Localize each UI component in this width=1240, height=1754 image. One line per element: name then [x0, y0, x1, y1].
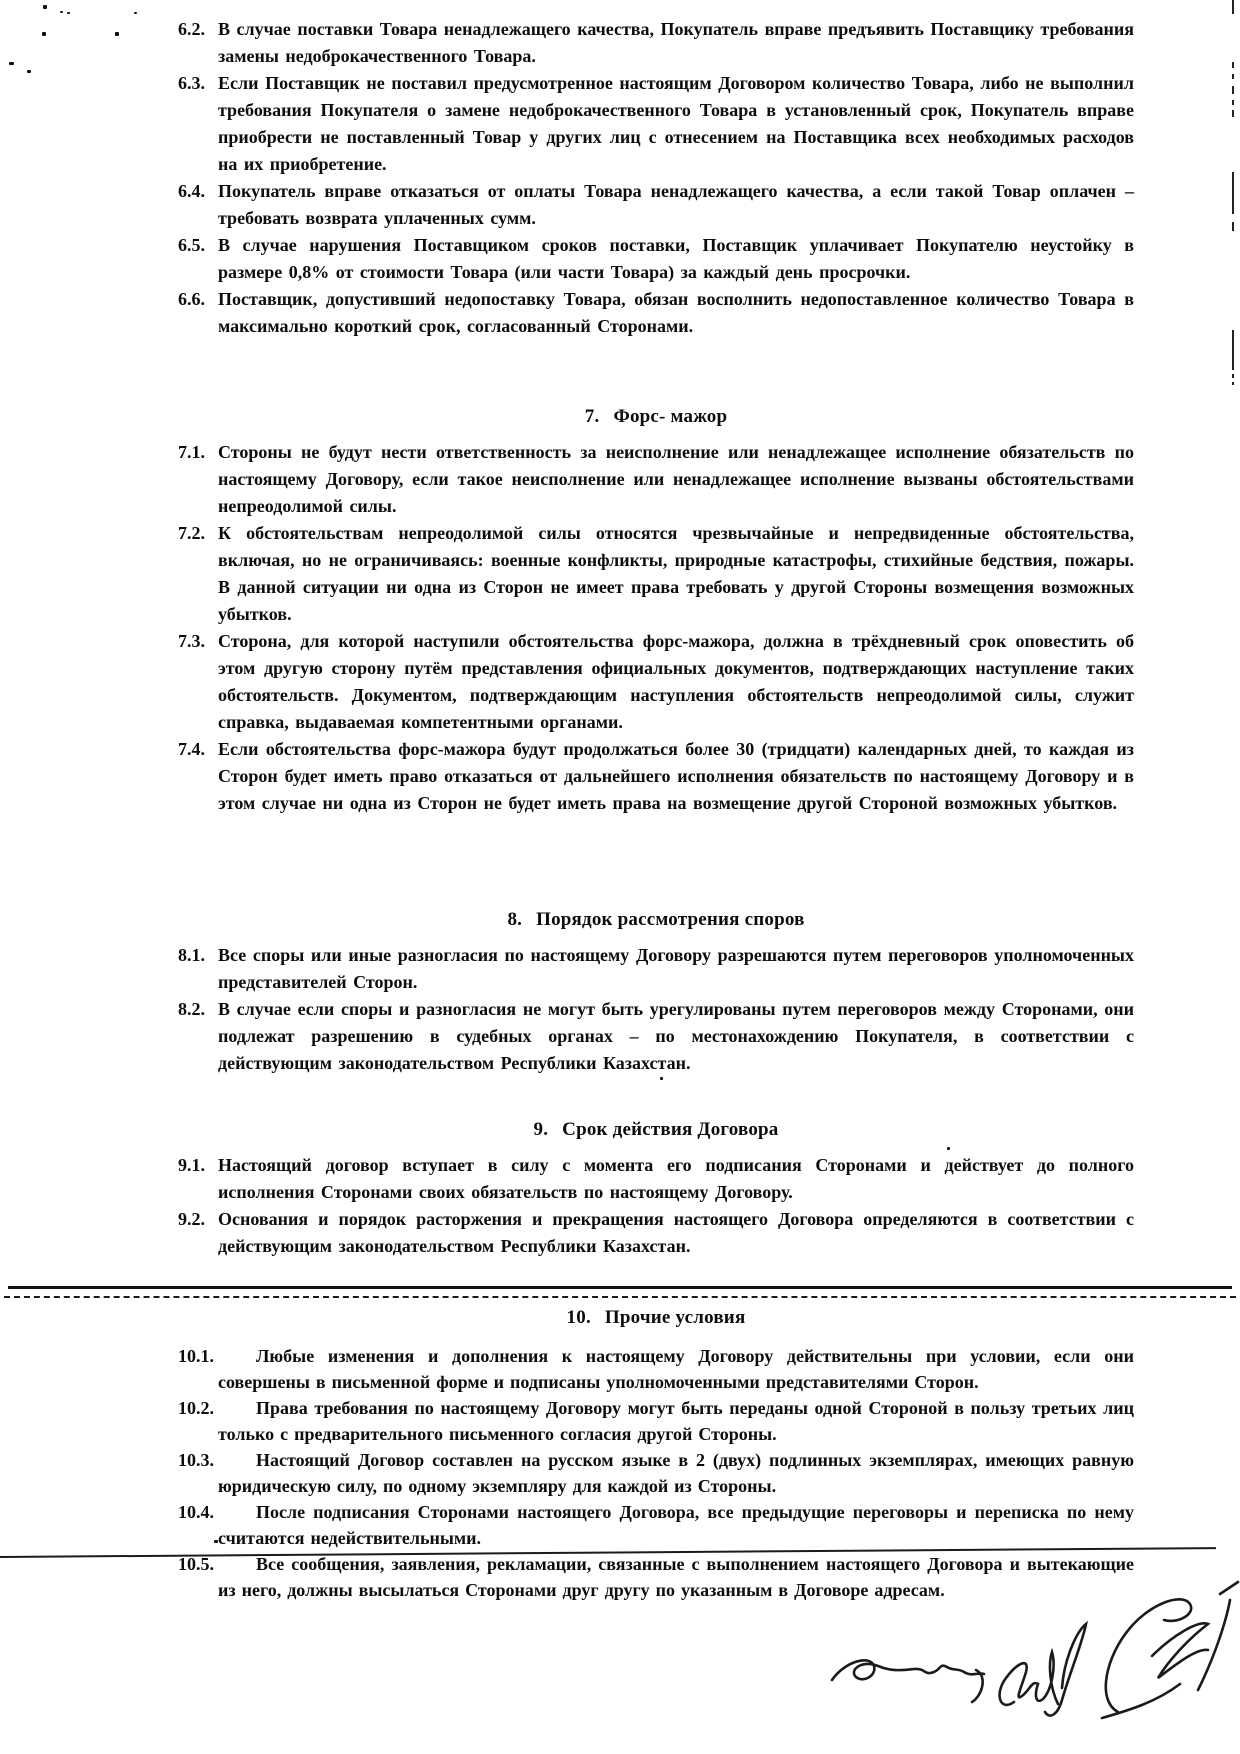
clause-number: 10.4.	[178, 1499, 256, 1525]
clause-text: Любые изменения и дополнения к настоящем…	[218, 1346, 1134, 1392]
clause-text: Основания и порядок расторжения и прекра…	[218, 1209, 1134, 1256]
section-number: 7.	[585, 406, 600, 427]
section-7: 7.Форс- мажор7.1.Стороны не будут нести …	[178, 403, 1134, 817]
scan-speck	[134, 12, 137, 14]
section-number: 10.	[567, 1307, 591, 1328]
clause-text: К обстоятельствам непреодолимой силы отн…	[218, 523, 1134, 624]
scan-speck	[9, 62, 14, 65]
clause-text: В случае если споры и разногласия не мог…	[218, 999, 1134, 1073]
scan-speck	[115, 32, 119, 36]
clause-text: Сторона, для которой наступили обстоятел…	[218, 631, 1134, 732]
clause-text: Поставщик, допустивший недопоставку Това…	[218, 289, 1134, 336]
clause-number: 6.5.	[178, 232, 218, 259]
section-9-heading: 9.Срок действия Договора	[178, 1116, 1134, 1143]
clause-number: 8.1.	[178, 942, 218, 969]
signatures-group	[800, 1560, 1240, 1745]
handwritten-signature-3	[1102, 1582, 1238, 1718]
clause-6-6: 6.6.Поставщик, допустивший недопоставку …	[178, 286, 1134, 340]
clause-number: 6.3.	[178, 70, 218, 97]
clause-text: Если Поставщик не поставил предусмотренн…	[218, 73, 1134, 174]
clause-number: 7.1.	[178, 439, 218, 466]
scan-speck	[27, 70, 31, 73]
clause-number: 7.3.	[178, 628, 218, 655]
section-divider-line	[8, 1286, 1232, 1289]
scan-speck	[42, 32, 46, 36]
scan-edge-line	[1232, 86, 1234, 94]
clause-6-3: 6.3.Если Поставщик не поставил предусмот…	[178, 70, 1134, 178]
clause-6-4: 6.4.Покупатель вправе отказаться от опла…	[178, 178, 1134, 232]
clause-number: 6.4.	[178, 178, 218, 205]
scan-edge-line	[1232, 222, 1234, 231]
clause-8-1: 8.1.Все споры или иные разногласия по на…	[178, 942, 1134, 996]
clause-text: Права требования по настоящему Договору …	[218, 1398, 1134, 1444]
clause-number: 9.1.	[178, 1152, 218, 1179]
scan-speck	[60, 11, 63, 13]
clause-text: После подписания Сторонами настоящего До…	[218, 1502, 1134, 1548]
clause-number: 10.2.	[178, 1395, 256, 1421]
clause-number: 8.2.	[178, 996, 218, 1023]
clause-7-4: 7.4.Если обстоятельства форс-мажора буду…	[178, 736, 1134, 817]
clause-number: 6.2.	[178, 16, 218, 43]
clause-text: Стороны не будут нести ответственность з…	[218, 442, 1134, 516]
section-title: Прочие условия	[605, 1307, 746, 1328]
section-8-heading: 8.Порядок рассмотрения споров	[178, 906, 1134, 933]
clause-number: 9.2.	[178, 1206, 218, 1233]
clause-7-3: 7.3.Сторона, для которой наступили обсто…	[178, 628, 1134, 736]
clause-number: 6.6.	[178, 286, 218, 313]
clause-text: В случае поставки Товара ненадлежащего к…	[218, 19, 1134, 66]
scan-edge-line	[1232, 330, 1234, 370]
section-title: Порядок рассмотрения споров	[536, 909, 804, 930]
clause-7-2: 7.2.К обстоятельствам непреодолимой силы…	[178, 520, 1134, 628]
clause-10-4: 10.4.После подписания Сторонами настояще…	[178, 1499, 1134, 1551]
clause-10-1: 10.1.Любые изменения и дополнения к наст…	[178, 1343, 1134, 1395]
clause-9-1: 9.1.Настоящий договор вступает в силу с …	[178, 1152, 1134, 1206]
clause-10-3: 10.3.Настоящий Договор составлен на русс…	[178, 1447, 1134, 1499]
section-number: 9.	[534, 1119, 549, 1140]
clause-number: 10.3.	[178, 1447, 256, 1473]
clause-text: Все споры или иные разногласия по настоя…	[218, 945, 1134, 992]
clause-text: Настоящий договор вступает в силу с моме…	[218, 1155, 1134, 1202]
scan-edge-line	[1232, 172, 1234, 214]
clause-8-2: 8.2.В случае если споры и разногласия не…	[178, 996, 1134, 1077]
section-divider-dashed-line	[4, 1296, 1236, 1298]
scan-edge-line	[1232, 382, 1234, 385]
scan-speck	[43, 5, 47, 9]
section-number: 8.	[507, 909, 522, 930]
scan-edge-line	[1232, 62, 1234, 68]
handwritten-signature-2	[1000, 1624, 1086, 1716]
clause-number: 10.1.	[178, 1343, 256, 1369]
scan-speck	[660, 1077, 663, 1080]
clause-text: Настоящий Договор составлен на русском я…	[218, 1450, 1134, 1496]
scan-edge-line	[1232, 110, 1234, 117]
clause-7-1: 7.1.Стороны не будут нести ответственнос…	[178, 439, 1134, 520]
clause-text: Если обстоятельства форс-мажора будут пр…	[218, 739, 1134, 813]
scan-speck	[67, 12, 70, 14]
section-8: 8.Порядок рассмотрения споров8.1.Все спо…	[178, 906, 1134, 1077]
section-10: 10.Прочие условия10.1.Любые изменения и …	[178, 1304, 1134, 1603]
scan-edge-line	[1232, 100, 1234, 105]
clause-number: 7.4.	[178, 736, 218, 763]
clause-number: 7.2.	[178, 520, 218, 547]
section-title: Форс- мажор	[613, 406, 727, 427]
section-6: 6.2.В случае поставки Товара ненадлежаще…	[178, 16, 1134, 340]
clause-text: В случае нарушения Поставщиком сроков по…	[218, 235, 1134, 282]
clause-6-2: 6.2.В случае поставки Товара ненадлежаще…	[178, 16, 1134, 70]
section-7-heading: 7.Форс- мажор	[178, 403, 1134, 430]
clause-6-5: 6.5.В случае нарушения Поставщиком сроко…	[178, 232, 1134, 286]
clause-9-2: 9.2.Основания и порядок расторжения и пр…	[178, 1206, 1134, 1260]
section-title: Срок действия Договора	[562, 1119, 778, 1140]
clause-text: Покупатель вправе отказаться от оплаты Т…	[218, 181, 1134, 228]
scan-edge-line	[1232, 0, 1234, 14]
clause-10-2: 10.2.Права требования по настоящему Дого…	[178, 1395, 1134, 1447]
handwritten-signature-1	[832, 1660, 984, 1702]
document-page: 6.2.В случае поставки Товара ненадлежаще…	[0, 0, 1240, 1754]
section-9: 9.Срок действия Договора9.1.Настоящий до…	[178, 1116, 1134, 1260]
scan-edge-line	[1232, 374, 1234, 378]
section-10-heading: 10.Прочие условия	[178, 1304, 1134, 1331]
scan-edge-line	[1232, 74, 1234, 79]
